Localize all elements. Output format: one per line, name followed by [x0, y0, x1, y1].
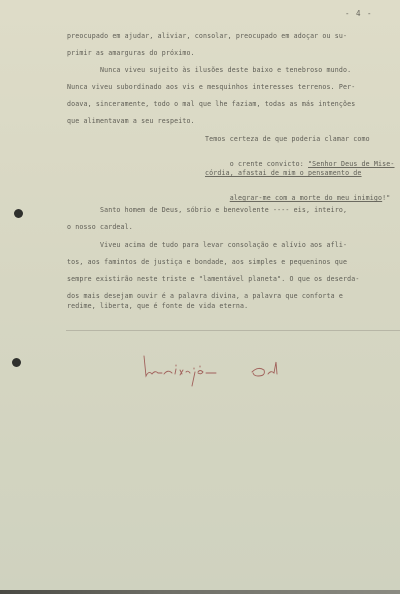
- quote-plain: o crente convicto:: [230, 160, 308, 168]
- text-line: que alimentavam a seu respeito.: [67, 117, 195, 125]
- punch-hole: [14, 209, 23, 218]
- document-page: - 4 - preocupado em ajudar, aliviar, con…: [0, 0, 400, 594]
- text-line: redime, liberta, que é fonte de vida ete…: [67, 302, 248, 310]
- text-line: dos mais desejam ouvir é a palavra divin…: [67, 292, 343, 300]
- text-line: tos, aos famintos de justiça e bondade, …: [67, 258, 347, 266]
- text-line: sempre existirão neste triste e "lamentá…: [67, 275, 360, 283]
- text-line: doava, sinceramente, todo o mal que lhe …: [67, 100, 355, 108]
- text-line: o nosso cardeal.: [67, 223, 133, 231]
- quote-underlined: "Senhor Deus de Mise-: [308, 160, 395, 168]
- text-line: preocupado em ajudar, aliviar, consolar,…: [67, 32, 347, 40]
- text-line: Viveu acima de tudo para levar consolaçã…: [67, 241, 347, 249]
- punch-hole: [12, 358, 21, 367]
- text-line: primir as amarguras do próximo.: [67, 49, 195, 57]
- page-bottom-edge: [0, 590, 400, 594]
- divider-rule: [66, 330, 400, 331]
- handwritten-signature: [140, 350, 340, 390]
- quote-intro: Temos certeza de que poderia clamar como: [205, 135, 370, 143]
- text-line: Nunca viveu subordinado aos vis e mesqui…: [67, 83, 355, 91]
- text-line: Nunca viveu sujeito às ilusões deste bai…: [67, 66, 351, 74]
- text-line: Santo homem de Deus, sóbrio e benevolent…: [67, 206, 347, 214]
- page-number: - 4 -: [345, 9, 373, 18]
- quote-underlined: córdia, afastai de mim o pensamento de: [205, 169, 362, 177]
- quote-underlined: alegrar-me com a morte do meu inimigo: [230, 194, 382, 202]
- quote-end: !": [382, 194, 390, 202]
